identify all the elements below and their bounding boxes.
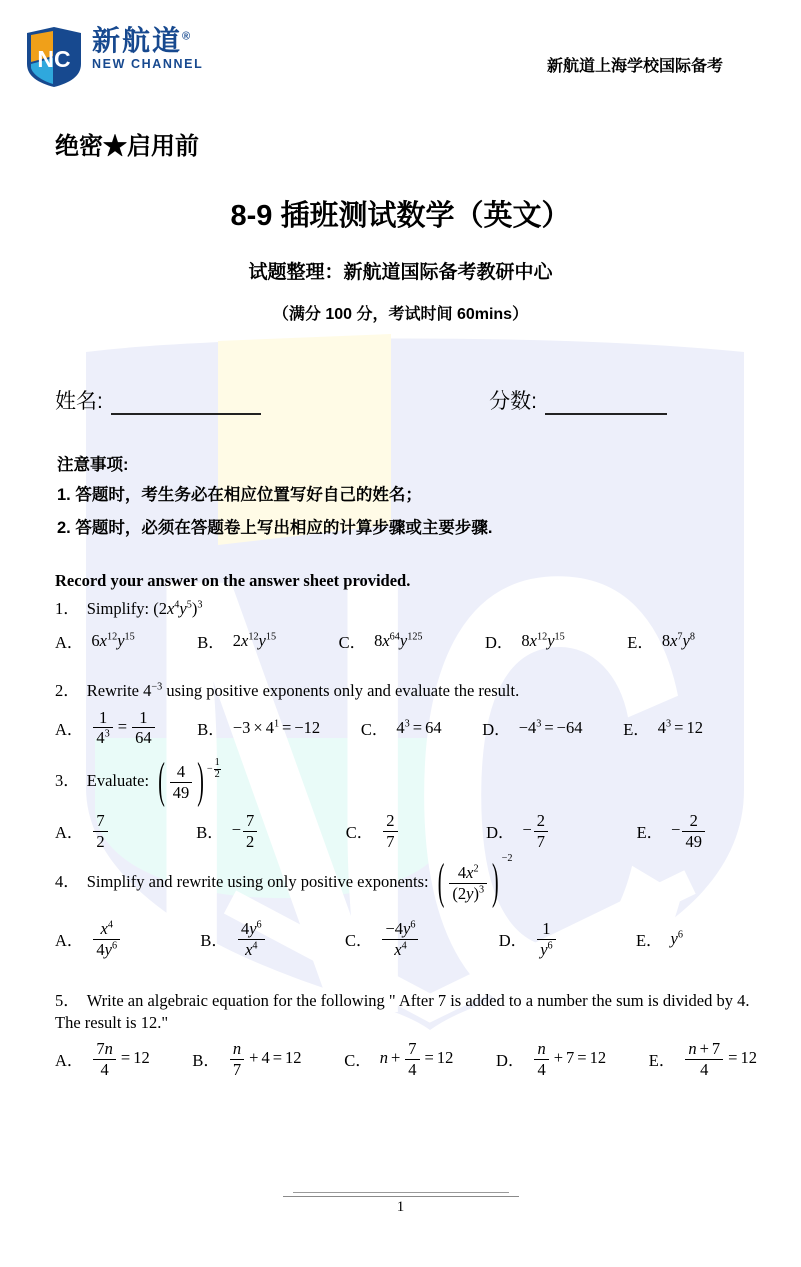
option-label: A． — [55, 1047, 83, 1071]
option-math: −27 — [522, 811, 550, 852]
footer-divider-top — [293, 1192, 509, 1193]
option-math: 8x7y8 — [662, 631, 695, 651]
paper-meta: （满分 100 分，考试时间 60mins） — [0, 301, 801, 324]
question-1-option-B: B．2x12y15 — [197, 629, 276, 653]
question-number: 1． — [55, 599, 80, 618]
question-1-option-D: D．8x12y15 — [485, 629, 565, 653]
brand-name-cn: 新航道® — [92, 26, 203, 55]
option-math: 8x64y125 — [374, 631, 422, 651]
question-2-option-E: E．43=12 — [623, 716, 703, 740]
questions: 1．Simplify: (2x4y5)3A．6x12y15B．2x12y15C．… — [55, 598, 765, 1080]
question-4-option-D: D．1y6 — [499, 919, 558, 960]
question-2-option-A: A．143=164 — [55, 708, 157, 749]
question-number: 3． — [55, 771, 80, 790]
stem-math: (2x4y5)3 — [153, 599, 202, 618]
option-label: C． — [346, 819, 374, 843]
question-3-option-C: C．27 — [346, 811, 400, 852]
question-4-stem: 4．Simplify and rewrite using only positi… — [55, 863, 765, 904]
option-math: 43=12 — [658, 718, 703, 738]
option-label: D． — [485, 629, 513, 653]
option-math: y6 — [671, 929, 683, 949]
question-3-option-A: A．72 — [55, 811, 110, 852]
question-5-option-D: D．n4+7=12 — [496, 1039, 606, 1080]
stem-text: using positive exponents only and evalua… — [162, 681, 519, 700]
option-math: 2x12y15 — [233, 631, 276, 651]
option-math: n+74=12 — [683, 1039, 757, 1080]
question-3-options: A．72B．−72C．27D．−27E．−249 — [55, 811, 707, 852]
question-1-option-C: C．8x64y125 — [339, 629, 423, 653]
option-label: D． — [482, 716, 510, 740]
stem-math: 4−3 — [143, 681, 162, 700]
option-math: 8x12y15 — [521, 631, 564, 651]
question-1-options: A．6x12y15B．2x12y15C．8x64y125D．8x12y15E．8… — [55, 629, 695, 653]
name-field: 姓名: — [55, 385, 261, 415]
option-label: A． — [55, 629, 83, 653]
question-3-option-D: D．−27 — [486, 811, 550, 852]
option-math: 1y6 — [535, 919, 557, 960]
note-item-1: 1. 答题时，考生务必在相应位置写好自己的姓名； — [57, 483, 492, 509]
option-label: D． — [496, 1047, 524, 1071]
option-label: E． — [623, 716, 650, 740]
question-2-option-B: B．−3×41=−12 — [197, 716, 320, 740]
option-math: 7n4=12 — [91, 1039, 149, 1080]
test-paper-page: NC NC 新航道® NEW CHANNEL 新航道上海学校国际备考 绝密★启用… — [0, 0, 801, 1267]
option-label: E． — [637, 819, 664, 843]
header-school-label: 新航道上海学校国际备考 — [547, 53, 723, 76]
question-4-option-B: B．4y6x4 — [200, 919, 266, 960]
stem-text: Simplify: — [87, 599, 153, 618]
page-number: 1 — [0, 1199, 801, 1216]
question-4-option-C: C．−4y6x4 — [345, 919, 421, 960]
option-label: B． — [200, 927, 228, 951]
question-number: 5． — [55, 991, 80, 1010]
option-math: 4y6x4 — [236, 919, 267, 960]
question-5-options: A．7n4=12B．n7+4=12C．n+74=12D．n4+7=12E．n+7… — [55, 1039, 757, 1080]
option-label: A． — [55, 716, 83, 740]
question-1-option-E: E．8x7y8 — [627, 629, 695, 653]
option-math: n4+7=12 — [532, 1039, 606, 1080]
option-math: x44y6 — [91, 919, 122, 960]
question-3-option-E: E．−249 — [637, 811, 707, 852]
stem-text: Rewrite — [87, 681, 143, 700]
option-label: A． — [55, 819, 83, 843]
option-label: B． — [196, 819, 224, 843]
brand-wordmark: 新航道® NEW CHANNEL — [92, 26, 203, 71]
svg-text:NC: NC — [37, 46, 70, 72]
question-3: 3．Evaluate: (449)−12A．72B．−72C．27D．−27E．… — [55, 762, 765, 851]
question-1: 1．Simplify: (2x4y5)3A．6x12y15B．2x12y15C．… — [55, 598, 765, 653]
question-2-stem: 2．Rewrite 4−3 using positive exponents o… — [55, 680, 765, 702]
option-label: E． — [649, 1047, 676, 1071]
option-math: 27 — [381, 811, 399, 852]
notes-title: 注意事项: — [57, 451, 492, 475]
name-score-row: 姓名: 分数: — [55, 385, 667, 415]
option-math: −43=−64 — [519, 718, 583, 738]
option-math: −3×41=−12 — [233, 718, 320, 738]
option-label: C． — [345, 927, 373, 951]
option-math: n+74=12 — [380, 1039, 454, 1080]
question-2-option-C: C．43=64 — [361, 716, 442, 740]
option-label: E． — [636, 927, 663, 951]
stem-text: Simplify and rewrite using only positive… — [87, 872, 433, 891]
option-math: 43=64 — [396, 718, 441, 738]
question-4-options: A．x44y6B．4y6x4C．−4y6x4D．1y6E．y6 — [55, 919, 683, 960]
option-math: 72 — [91, 811, 109, 852]
stem-math: (4x2(2y)3)−2 — [433, 872, 515, 891]
stem-text: Evaluate: — [87, 771, 153, 790]
question-3-option-B: B．−72 — [196, 811, 259, 852]
option-math: −72 — [232, 811, 260, 852]
question-5-option-A: A．7n4=12 — [55, 1039, 150, 1080]
question-number: 2． — [55, 681, 80, 700]
question-number: 4． — [55, 872, 80, 891]
question-2-options: A．143=164B．−3×41=−12C．43=64D．−43=−64E．43… — [55, 708, 703, 749]
note-item-2: 2. 答题时，必须在答题卷上写出相应的计算步骤或主要步骤. — [57, 516, 492, 542]
question-4-option-A: A．x44y6 — [55, 919, 122, 960]
page-footer: 1 — [0, 1192, 801, 1216]
footer-divider-bottom — [283, 1196, 519, 1197]
registered-mark: ® — [182, 31, 190, 43]
question-5-stem: 5．Write an algebraic equation for the fo… — [55, 990, 765, 1035]
option-label: B． — [192, 1047, 220, 1071]
stem-text: Write an algebraic equation for the foll… — [55, 991, 749, 1032]
questions-area: Record your answer on the answer sheet p… — [55, 571, 765, 1080]
question-5-option-C: C．n+74=12 — [344, 1039, 453, 1080]
question-2: 2．Rewrite 4−3 using positive exponents o… — [55, 680, 765, 748]
option-label: E． — [627, 629, 654, 653]
question-5: 5．Write an algebraic equation for the fo… — [55, 990, 765, 1080]
question-5-option-E: E．n+74=12 — [649, 1039, 757, 1080]
notes-block: 注意事项: 1. 答题时，考生务必在相应位置写好自己的姓名； 2. 答题时，必须… — [57, 451, 492, 548]
option-label: B． — [197, 629, 225, 653]
option-math: −4y6x4 — [380, 919, 420, 960]
score-blank[interactable] — [545, 391, 667, 415]
option-math: 6x12y15 — [91, 631, 134, 651]
question-5-option-B: B．n7+4=12 — [192, 1039, 301, 1080]
question-1-option-A: A．6x12y15 — [55, 629, 135, 653]
option-math: −249 — [671, 811, 707, 852]
option-label: C． — [344, 1047, 372, 1071]
paper-title: 8-9 插班测试数学（英文） — [0, 193, 801, 234]
nc-shield-icon: NC — [25, 26, 83, 88]
option-label: D． — [499, 927, 527, 951]
option-label: B． — [197, 716, 225, 740]
question-4-option-E: E．y6 — [636, 927, 683, 951]
score-field: 分数: — [489, 385, 667, 415]
question-1-stem: 1．Simplify: (2x4y5)3 — [55, 598, 765, 620]
question-4: 4．Simplify and rewrite using only positi… — [55, 863, 765, 959]
paper-subtitle: 试题整理：新航道国际备考教研中心 — [0, 257, 801, 284]
score-label: 分数: — [489, 385, 537, 415]
stem-math: (449)−12 — [153, 771, 224, 790]
brand-name-en: NEW CHANNEL — [92, 57, 203, 71]
brand-logo: NC 新航道® NEW CHANNEL — [25, 26, 203, 88]
option-math: 143=164 — [91, 708, 156, 749]
question-2-option-D: D．−43=−64 — [482, 716, 582, 740]
option-label: D． — [486, 819, 514, 843]
option-label: A． — [55, 927, 83, 951]
secrecy-notice: 绝密★启用前 — [55, 126, 199, 161]
option-label: C． — [339, 629, 367, 653]
name-label: 姓名: — [55, 385, 103, 415]
question-3-stem: 3．Evaluate: (449)−12 — [55, 762, 765, 803]
option-label: C． — [361, 716, 389, 740]
section-instruction: Record your answer on the answer sheet p… — [55, 571, 765, 591]
name-blank[interactable] — [111, 391, 261, 415]
option-math: n7+4=12 — [228, 1039, 302, 1080]
